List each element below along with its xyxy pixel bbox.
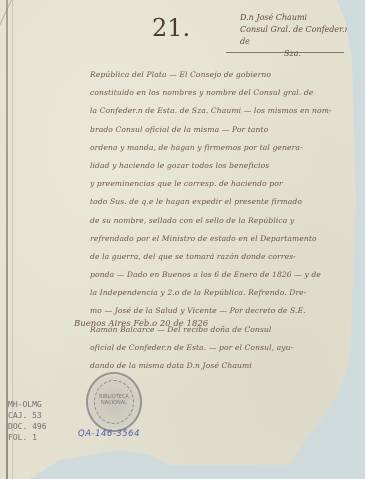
body-line: la Independencia y 2.o de la República. …: [90, 284, 344, 302]
body-line: dando de la misma data D.n José Chaumi: [90, 357, 344, 375]
catalog-number: QA-146-3564: [78, 429, 140, 439]
body-line: la Confeder.n de Esta. de Sza. Chaumi — …: [90, 102, 344, 120]
body-line: ordena y manda, de hagan y firmemos por …: [90, 139, 344, 157]
archive-ref-line: FOL. 1: [8, 432, 47, 443]
stamp-label: BIBLIOTECA NACIONAL: [88, 394, 140, 406]
body-line: refrendado por el Ministro de estado en …: [90, 230, 344, 248]
date-signature-line: Buenos Aires Feb.o 20 de 1826: [74, 319, 208, 329]
body-line: lidad y haciendo le gozar todos los bene…: [90, 157, 344, 175]
body-line: República del Plata — El Consejo de gobi…: [90, 66, 344, 84]
body-line: de su nombre, sellado con el sello de la…: [90, 212, 344, 230]
body-line: mo — José de la Salud y Vicente — Por de…: [90, 302, 344, 320]
addressee-line: Consul Gral. de Confeder.n de: [240, 24, 350, 48]
body-line: oficial de Confeder.n de Esta. — por el …: [90, 339, 344, 357]
archive-reference: MH-OLMG CAJ. 53 DOC. 496 FOL. 1: [8, 399, 47, 443]
library-stamp-icon: BIBLIOTECA NACIONAL: [86, 372, 142, 432]
folio-number: 21.: [152, 14, 190, 42]
archive-ref-line: CAJ. 53: [8, 410, 47, 421]
archive-ref-line: MH-OLMG: [8, 399, 47, 410]
body-line: todo Sus. de q.e le hagan expedir el pre…: [90, 193, 344, 211]
addressee-line: D.n José Chaumi: [240, 12, 350, 24]
body-line: y preeminencias que le corresp. de hacie…: [90, 175, 344, 193]
archive-ref-line: DOC. 496: [8, 421, 47, 432]
body-line: constituido en los nombres y nombre del …: [90, 84, 344, 102]
body-line: brado Consul oficial de la misma — Por t…: [90, 121, 344, 139]
body-line: ponda — Dado en Buenos a los 6 de Enero …: [90, 266, 344, 284]
addressee-underline: [226, 52, 344, 53]
addressee-line: Sza.: [240, 48, 350, 60]
manuscript-page: 21. D.n José Chaumi Consul Gral. de Conf…: [0, 0, 365, 479]
corner-fold-mark: [0, 0, 28, 30]
body-line: de la guerra, del que se tomará razón do…: [90, 248, 344, 266]
